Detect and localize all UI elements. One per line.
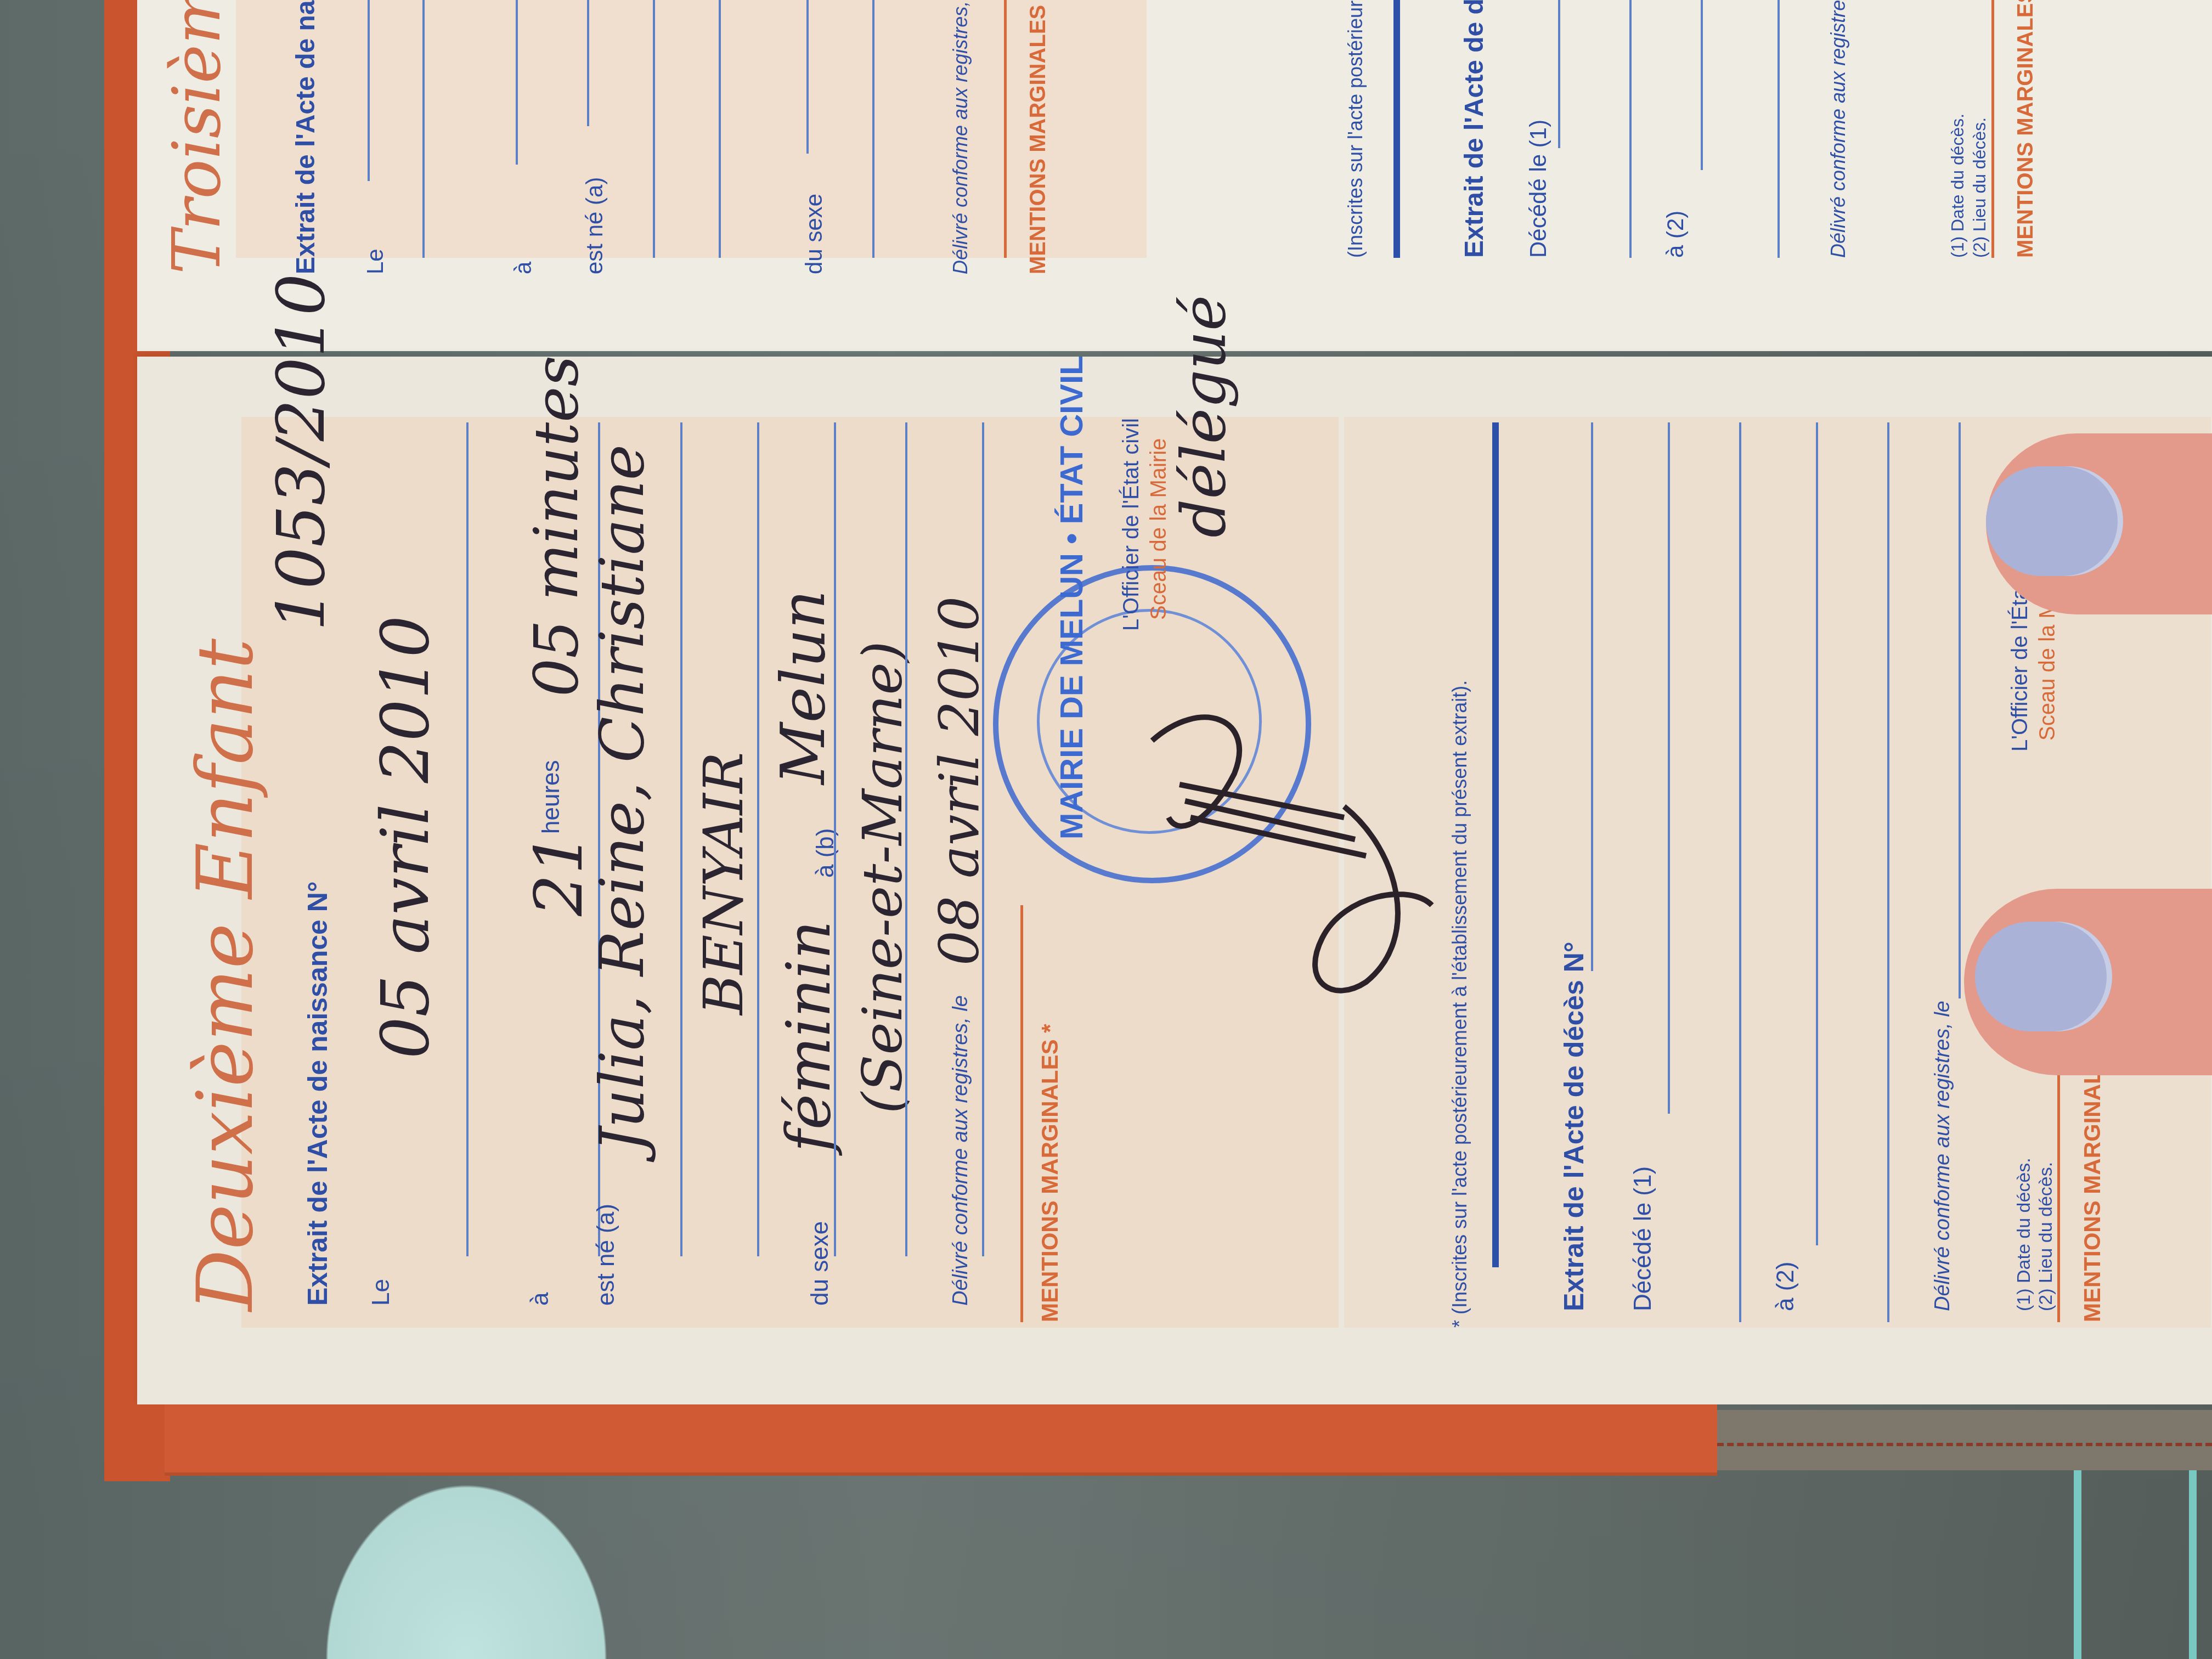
field-label-sexe: du sexe xyxy=(806,1221,834,1306)
booklet-cover-edge-gray xyxy=(1717,1410,2212,1470)
fingernail xyxy=(1986,466,2123,576)
stamp-text: MAIRIE DE MELUN • ÉTAT CIVIL xyxy=(1053,356,1090,839)
footnote-1: (1) Date du décès. xyxy=(1948,114,1968,258)
signature xyxy=(1136,675,1443,1015)
field-label-delivre: Délivré conforme aux registres, le xyxy=(949,0,972,274)
death-note: (Inscrites sur l'acte postérieurement à … xyxy=(1344,0,1367,258)
field-label-a2: à (2) xyxy=(1662,211,1689,258)
field-label-decede: Décédé le (1) xyxy=(1629,1166,1657,1311)
field-label-a: à xyxy=(527,1293,554,1306)
birth-minutes-value: 05 minutes xyxy=(521,356,591,697)
officer-delegate-handwritten: délégué xyxy=(1169,295,1239,538)
birth-city-value: Melun xyxy=(768,590,838,785)
field-label-a: à xyxy=(510,262,537,274)
field-label-le: Le xyxy=(362,249,388,274)
mentions-marginales-label: MENTIONS MARGINALES xyxy=(1026,5,1051,274)
birth-hour-value: 21 xyxy=(521,832,597,916)
glass-edge xyxy=(2074,1448,2081,1659)
glass-edge xyxy=(2189,1448,2197,1659)
field-label-a2: à (2) xyxy=(1772,1262,1799,1311)
birth-firstnames-value: Julia, Reine, Christiane xyxy=(587,444,657,1152)
acte-number-value: 1053/2010 xyxy=(263,274,340,631)
field-label-decede: Décédé le (1) xyxy=(1525,120,1551,258)
birth-sex-value: féminin xyxy=(774,921,844,1152)
booklet-cover-edge xyxy=(165,1404,1717,1476)
field-label-est-ne: est né (a) xyxy=(592,1204,620,1306)
field-label-sexe: du sexe xyxy=(801,194,827,274)
death-extract-title: Extrait de l'Acte de décès N° xyxy=(1459,0,1489,258)
cover-stitching xyxy=(1717,1443,2212,1446)
page-title: Troisième Enfant xyxy=(159,0,235,274)
seal-label: Sceau de la Mairie xyxy=(1147,438,1171,620)
death-extract-title: Extrait de l'Acte de décès N° xyxy=(1558,941,1590,1311)
footnote-2: (2) Lieu du décès. xyxy=(1970,117,1990,258)
birth-extract-title: Extrait de l'Acte de naissance N° xyxy=(291,0,321,274)
mentions-marginales-label: MENTIONS MARGINALES xyxy=(2013,0,2038,258)
officer-label: L'Officier de l'État civil xyxy=(1119,418,1144,631)
page-deuxieme-enfant: Deuxième Enfant Extrait de l'Acte de nai… xyxy=(137,357,2212,1404)
birth-extract-title: Extrait de l'Acte de naissance N° xyxy=(302,881,334,1306)
birth-panel xyxy=(236,0,1147,258)
field-label-le: Le xyxy=(368,1279,395,1306)
field-label-delivre-death: Délivré conforme aux registres, le xyxy=(1827,0,1850,258)
birth-surname-value: BENYAIR xyxy=(691,752,755,1015)
mentions-marginales-label: MENTIONS MARGINALES * xyxy=(1037,1024,1063,1322)
field-label-delivre-death: Délivré conforme aux registres, le xyxy=(1931,1001,1955,1311)
field-label-heures: heures xyxy=(538,760,565,834)
field-label-est-ne: est né (a) xyxy=(582,177,608,274)
footnote-1: (1) Date du décès. xyxy=(2013,1158,2035,1311)
footnote-2: (2) Lieu du décès. xyxy=(2035,1162,2057,1311)
page-title: Deuxième Enfant xyxy=(181,639,270,1311)
field-label-delivre: Délivré conforme aux registres, le xyxy=(949,995,973,1306)
fingernail xyxy=(1975,922,2112,1031)
mentions-note: * (Inscrites sur l'acte postérieurement … xyxy=(1448,680,1471,1328)
birth-date-value: 05 avril 2010 xyxy=(368,616,444,1059)
